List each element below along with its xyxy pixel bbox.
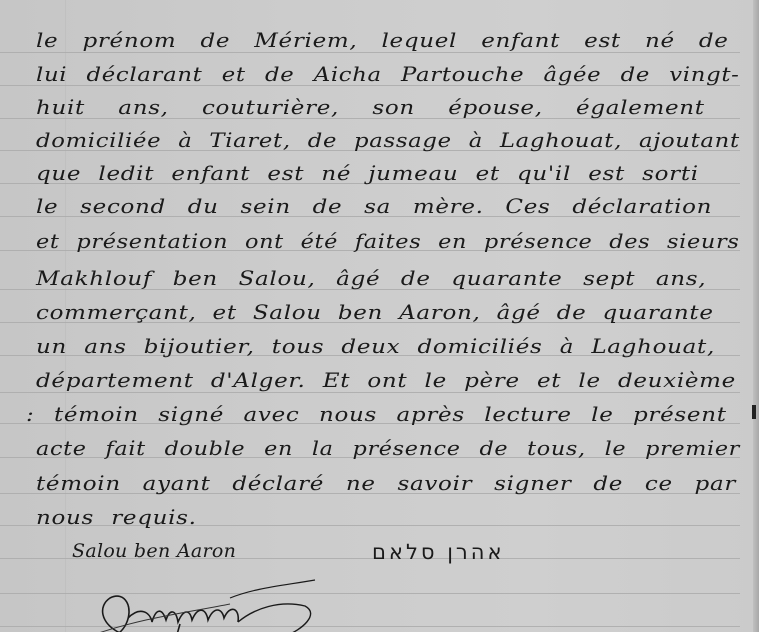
- text-line-8: Makhlouf ben Salou, âgé de quarante sept…: [36, 266, 706, 290]
- ruling-line: [0, 52, 740, 53]
- text-line-5: que ledit enfant est né jumeau et qu'il …: [36, 161, 699, 185]
- text-line-9: commerçant, et Salou ben Aaron, âgé de q…: [36, 300, 714, 324]
- binding-mark: [752, 405, 756, 419]
- text-line-11: département d'Alger. Et ont le père et l…: [36, 368, 736, 392]
- witness-signature-hebrew: אהרן סלאם: [372, 540, 505, 564]
- text-line-13: acte fait double en la présence de tous,…: [36, 436, 740, 460]
- ruling-line: [0, 392, 740, 393]
- text-line-15: nous requis.: [36, 505, 197, 529]
- officer-signature: [80, 578, 340, 632]
- text-line-2: lui déclarant et de Aicha Partouche âgée…: [36, 62, 740, 86]
- text-line-7: et présentation ont été faites en présen…: [36, 229, 740, 253]
- text-line-10: un ans bijoutier, tous deux domiciliés à…: [36, 334, 715, 358]
- text-line-6: le second du sein de sa mère. Ces déclar…: [36, 194, 712, 218]
- witness-signature-latin: Salou ben Aaron: [72, 540, 236, 562]
- text-line-1: le prénom de Mériem, lequel enfant est n…: [36, 28, 729, 52]
- text-line-3: huit ans, couturière, son épouse, égalem…: [36, 95, 705, 119]
- text-line-12: : témoin signé avec nous après lecture l…: [26, 402, 727, 426]
- text-line-14: témoin ayant déclaré ne savoir signer de…: [36, 471, 736, 495]
- page-edge: [753, 0, 759, 632]
- document-page: le prénom de Mériem, lequel enfant est n…: [0, 0, 759, 632]
- text-line-4: domiciliée à Tiaret, de passage à Laghou…: [36, 128, 740, 152]
